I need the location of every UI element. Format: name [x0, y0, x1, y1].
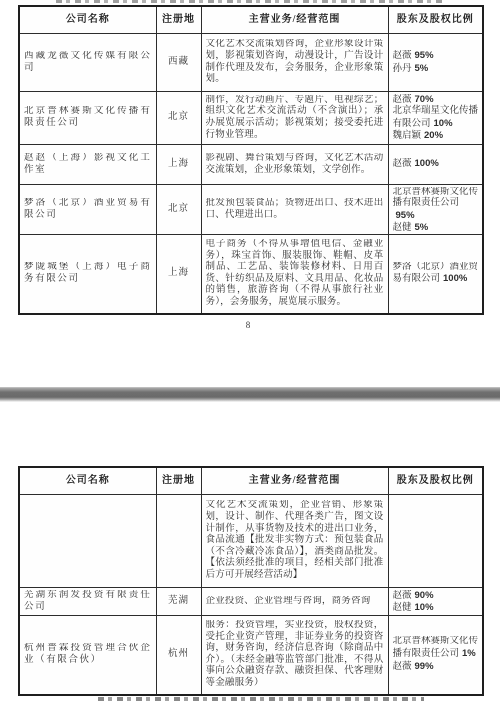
- table-row: 杭州普霖投资管理合伙企业（有限合伙） 杭州 服务：投资管理，实业投资，股权投资，…: [19, 616, 483, 695]
- shareholder-entry: 赵健10%: [393, 602, 479, 613]
- shareholders-cell: 北京普林赛斯文化传播有限责任公司95% 赵健5%: [388, 185, 483, 235]
- col-header-shareholders: 股东及股权比例: [388, 467, 483, 495]
- business-scope-cell: 服务：投资管理，实业投资，股权投资，受托企业资产管理，非证券业务的投资咨询，财务…: [201, 616, 388, 695]
- shareholders-cell: 赵薇95% 孙丹5%: [388, 34, 483, 92]
- table-row: 梦陇城堡（上海）电子商务有限公司 上海 电子商务（不得从事增值电信、金融业务），…: [19, 235, 483, 314]
- shareholders-cell: [388, 495, 483, 588]
- table-row: 北京普林赛斯文化传播有限责任公司 北京 制作，发行动画片、专题片、电视综艺；组织…: [19, 92, 483, 145]
- registered-location-cell: 上海: [156, 145, 201, 185]
- col-header-shareholders: 股东及股权比例: [388, 6, 483, 34]
- companies-table-2: 公司名称 注册地 主营业务/经营范围 股东及股权比例 文化艺术交流策划，企业营销…: [18, 466, 484, 696]
- shareholder-entry: 北京普林赛斯文化传播有限责任公司95%: [393, 187, 479, 223]
- business-scope-cell: 企业投资、企业管理与咨询，商务咨询: [201, 588, 388, 616]
- business-scope-cell: 批发预包装食品；货物进出口、技术进出口、代理进出口。: [201, 185, 388, 235]
- col-header-registered-location: 注册地: [156, 6, 201, 34]
- registered-location-cell: 西藏: [156, 34, 201, 92]
- shareholders-cell: 北京普林赛斯文化传播有限责任公司1% 赵薇99%: [388, 616, 483, 695]
- document-page: { "doc": { "page_number": "8", "headers"…: [0, 0, 500, 701]
- company-name-cell: 北京普林赛斯文化传播有限责任公司: [19, 92, 156, 145]
- shareholder-entry: 赵薇70%: [393, 94, 479, 107]
- page-divider: [0, 387, 500, 402]
- page-number: 8: [0, 320, 496, 330]
- company-name-cell: 梦陇城堡（上海）电子商务有限公司: [19, 235, 156, 314]
- shareholder-entry: 赵薇99%: [393, 661, 479, 674]
- col-header-company-name: 公司名称: [19, 6, 156, 34]
- col-header-business-scope: 主营业务/经营范围: [201, 467, 388, 495]
- table-row: 梦洛（北京）酒业贸易有限公司 北京 批发预包装食品；货物进出口、技术进出口、代理…: [19, 185, 483, 235]
- table-header-row: 公司名称 注册地 主营业务/经营范围 股东及股权比例: [19, 6, 483, 34]
- registered-location-cell: 芜湖: [156, 588, 201, 616]
- companies-table-1: 公司名称 注册地 主营业务/经营范围 股东及股权比例 西藏龙薇文化传媒有限公司 …: [18, 5, 484, 315]
- business-scope-cell: 制作，发行动画片、专题片、电视综艺；组织文化艺术交流活动（不含演出）；承办展览展…: [201, 92, 388, 145]
- shareholder-entry: 北京普林赛斯文化传播有限责任公司1%: [393, 636, 479, 660]
- company-name-cell: [19, 495, 156, 588]
- company-name-cell: 芜湖东润发投资有限责任公司: [19, 588, 156, 616]
- registered-location-cell: 北京: [156, 185, 201, 235]
- registered-location-cell: 上海: [156, 235, 201, 314]
- col-header-registered-location: 注册地: [156, 467, 201, 495]
- shareholder-entry: 魏启颖20%: [393, 130, 479, 142]
- shareholders-cell: 赵薇90% 赵健10%: [388, 588, 483, 616]
- shareholder-entry: 赵薇95%: [393, 50, 479, 63]
- col-header-business-scope: 主营业务/经营范围: [201, 6, 388, 34]
- shareholder-entry: 梦洛（北京）酒业贸易有限公司100%: [393, 262, 479, 286]
- shareholders-cell: 赵薇70% 北京华瑞星文化传播有限公司10% 魏启颖20%: [388, 92, 483, 145]
- clipped-text-line-top: [56, 0, 444, 3]
- shareholders-cell: 梦洛（北京）酒业贸易有限公司100%: [388, 235, 483, 314]
- clipped-text-line-bottom: [98, 697, 424, 701]
- business-scope-cell: 文化艺术交流策划咨询，企业形象设计策划，影视策划咨询，动漫设计，广告设计制作代理…: [201, 34, 388, 92]
- table-row: 赵赵（上海）影视文化工作室 上海 影视剧、舞台策划与咨询，文化艺术活动交流策划，…: [19, 145, 483, 185]
- table-row: 文化艺术交流策划，企业营销、形象策划，设计、制作、代理各类广告，图文设计制作，从…: [19, 495, 483, 588]
- shareholders-cell: 赵薇100%: [388, 145, 483, 185]
- company-name-cell: 西藏龙薇文化传媒有限公司: [19, 34, 156, 92]
- business-scope-cell: 影视剧、舞台策划与咨询，文化艺术活动交流策划，企业形象策划，文学创作。: [201, 145, 388, 185]
- shareholder-entry: 赵健5%: [393, 222, 479, 232]
- shareholder-entry: 孙丹5%: [393, 63, 479, 76]
- business-scope-cell: 电子商务（不得从事增值电信、金融业务），珠宝首饰、服装服饰、鞋帽、皮革制品、工艺…: [201, 235, 388, 314]
- company-name-cell: 杭州普霖投资管理合伙企业（有限合伙）: [19, 616, 156, 695]
- col-header-company-name: 公司名称: [19, 467, 156, 495]
- table-header-row: 公司名称 注册地 主营业务/经营范围 股东及股权比例: [19, 467, 483, 495]
- registered-location-cell: 杭州: [156, 616, 201, 695]
- company-name-cell: 梦洛（北京）酒业贸易有限公司: [19, 185, 156, 235]
- business-scope-cell: 文化艺术交流策划，企业营销、形象策划，设计、制作、代理各类广告，图文设计制作，从…: [201, 495, 388, 588]
- company-name-cell: 赵赵（上海）影视文化工作室: [19, 145, 156, 185]
- registered-location-cell: 北京: [156, 92, 201, 145]
- registered-location-cell: [156, 495, 201, 588]
- table-row: 芜湖东润发投资有限责任公司 芜湖 企业投资、企业管理与咨询，商务咨询 赵薇90%…: [19, 588, 483, 616]
- shareholder-entry: 赵薇100%: [393, 158, 479, 171]
- table-row: 西藏龙薇文化传媒有限公司 西藏 文化艺术交流策划咨询，企业形象设计策划，影视策划…: [19, 34, 483, 92]
- shareholder-entry: 赵薇90%: [393, 590, 479, 603]
- shareholder-entry: 北京华瑞星文化传播有限公司10%: [393, 106, 479, 130]
